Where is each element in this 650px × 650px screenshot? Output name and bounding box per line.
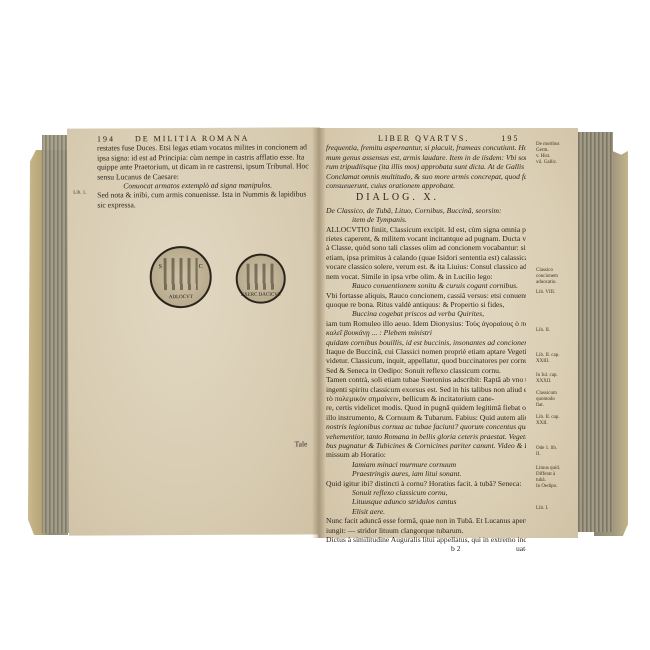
right-page-number: 195 [501, 134, 519, 143]
left-page: 194 DE MILITIA ROMANA restates fuse Duce… [67, 127, 322, 535]
text-line: Sed nota & inibi, cum armis conuenisse. … [97, 190, 317, 201]
signature-line: b 2 uat- [326, 544, 526, 554]
text-line: sic expressa. [97, 199, 317, 210]
catchword: Tale [295, 439, 308, 448]
coin-figures [247, 264, 275, 289]
coin-figures [163, 258, 198, 290]
text-line: ALLOCVTIO finiit, Classicum excipit. Id … [326, 225, 526, 234]
dialog-subtitle: De Classico, de Tubâ, Lituo, Cornibus, B… [326, 206, 526, 215]
left-page-text: 194 DE MILITIA ROMANA restates fuse Duce… [97, 133, 317, 209]
coin-illustration-exercitus: EXERC DACICVS [236, 254, 286, 304]
right-page-edges [575, 132, 613, 532]
coin-illustration-adlocutio: S C ADLOCVT [150, 246, 212, 308]
margin-note: Lib. 1. [73, 190, 99, 196]
signature-mark: b 2 [451, 544, 461, 553]
dialog-heading: DIALOG. X. [326, 193, 526, 202]
book-gutter [312, 128, 326, 538]
open-book: 194 DE MILITIA ROMANA restates fuse Duce… [0, 0, 650, 650]
margin-notes-intro: De moribus Germ. v. Hist. vii. Gallic. [536, 142, 562, 166]
text-line: quippe ante Praetorium, ut dicam in re c… [97, 162, 317, 173]
left-page-number: 194 [97, 134, 115, 143]
catchword: uat- [516, 544, 526, 553]
right-page-text: LIBER QVARTVS. 195 frequentia, fremitu a… [326, 134, 526, 554]
right-running-head: LIBER QVARTVS. 195 [326, 134, 526, 143]
right-page: LIBER QVARTVS. 195 frequentia, fremitu a… [318, 128, 578, 538]
